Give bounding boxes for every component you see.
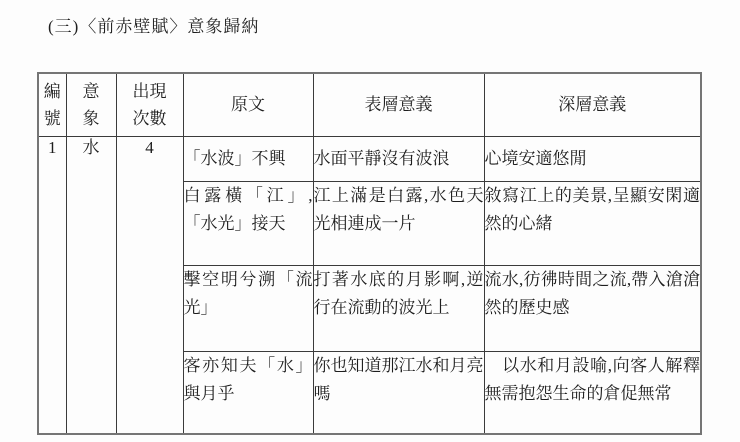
cell-deep: 敘寫江上的美景,呈顯安閑適然的心緒 (484, 181, 701, 265)
header-original-label: 原文 (231, 95, 265, 114)
header-row: 編號 意象 出現次數 原文 表層意義 深層意義 (38, 73, 701, 136)
cell-deep: 心境安適悠閒 (484, 136, 701, 181)
header-number-label: 編號 (42, 78, 62, 132)
table-row: 1 水 4 「水波」不興 水面平靜沒有波浪 心境安適悠閒 (38, 136, 701, 181)
cell-deep: 以水和月設喻,向客人解釋無需抱怨生命的倉促無常 (484, 351, 701, 434)
header-deep-label: 深層意義 (558, 95, 626, 114)
header-count: 出現次數 (116, 73, 183, 136)
document-page: (三)〈前赤壁賦〉意象歸納 編號 意象 出現次數 原文 表層意義 (0, 0, 740, 442)
cell-surface: 你也知道那江水和月亮嗎 (313, 351, 484, 434)
header-original: 原文 (183, 73, 313, 136)
header-image: 意象 (66, 73, 116, 136)
header-surface-label: 表層意義 (365, 95, 433, 114)
cell-group-image: 水 (66, 136, 116, 434)
header-number: 編號 (38, 73, 66, 136)
header-deep: 深層意義 (484, 73, 701, 136)
cell-deep: 流水,彷彿時間之流,帶入滄滄然的歷史感 (484, 265, 701, 351)
cell-group-number: 1 (38, 136, 66, 434)
cell-group-count: 4 (116, 136, 183, 434)
cell-surface: 江上滿是白露,水色天光相連成一片 (313, 181, 484, 265)
cell-original: 客亦知夫「水」與月乎 (183, 351, 313, 434)
imagery-table: 編號 意象 出現次數 原文 表層意義 深層意義 1 水 4 「水波」不興 水面平… (37, 72, 702, 435)
header-count-label: 出現次數 (130, 78, 168, 132)
cell-surface: 打著水底的月影啊,逆行在流動的波光上 (313, 265, 484, 351)
cell-original: 白露橫「江」,「水光」接天 (183, 181, 313, 265)
cell-surface: 水面平靜沒有波浪 (313, 136, 484, 181)
cell-original: 「水波」不興 (183, 136, 313, 181)
header-image-label: 意象 (81, 78, 101, 132)
header-surface: 表層意義 (313, 73, 484, 136)
cell-original: 擊空明兮溯「流光」 (183, 265, 313, 351)
section-title: (三)〈前赤壁賦〉意象歸納 (48, 12, 259, 37)
